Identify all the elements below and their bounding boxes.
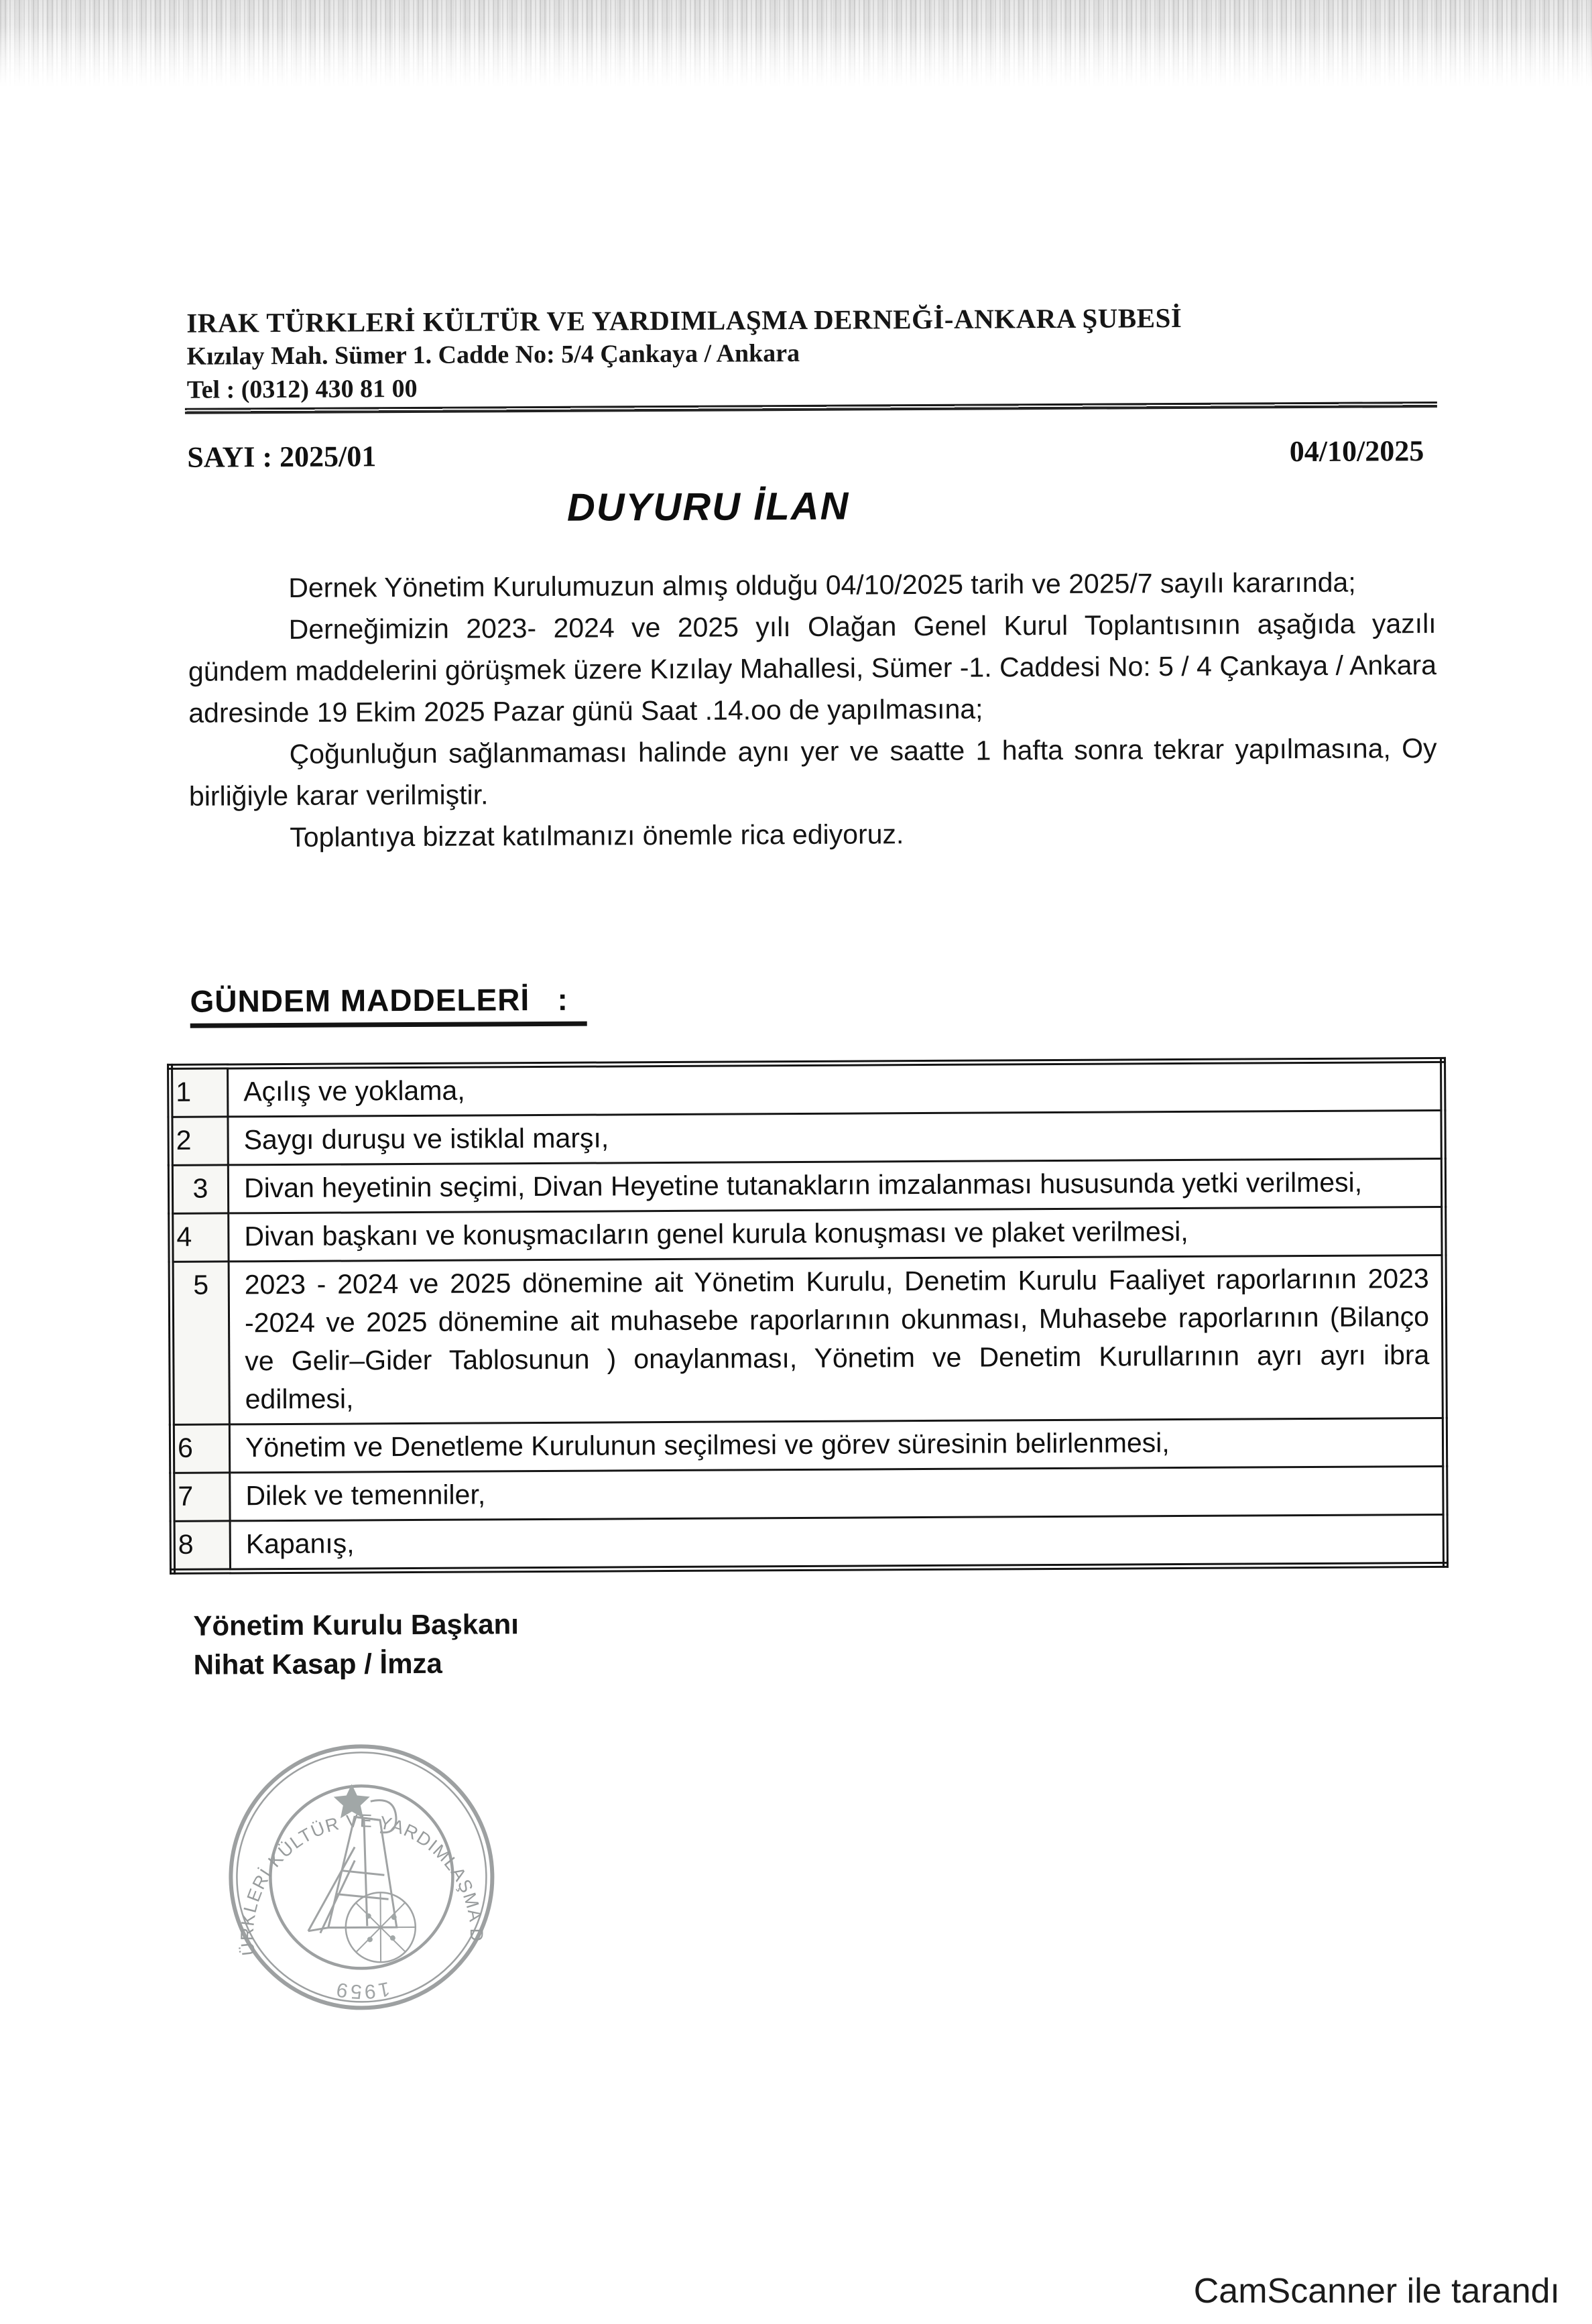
agenda-item-text: Dilek ve temenniler, bbox=[230, 1466, 1445, 1520]
paragraph-quorum: Çoğunluğun sağlanmaması halinde aynı yer… bbox=[188, 727, 1437, 817]
reference-number: SAYI : 2025/01 bbox=[187, 439, 376, 474]
table-row: 3 Divan heyetinin seçimi, Divan Heyetine… bbox=[170, 1158, 1443, 1213]
fan-skirt-lines bbox=[308, 1847, 355, 1933]
paragraph-meeting: Derneğimizin 2023- 2024 ve 2025 yılı Ola… bbox=[188, 603, 1436, 734]
agenda-item-number: 6 bbox=[172, 1424, 229, 1473]
table-row: 8 Kapanış, bbox=[172, 1514, 1445, 1571]
agenda-item-number: 2 bbox=[170, 1117, 228, 1165]
agenda-item-text: Divan başkanı ve konuşmacıların genel ku… bbox=[229, 1207, 1444, 1261]
document-content: IRAK TÜRKLERİ KÜLTÜR VE YARDIMLAŞMA DERN… bbox=[0, 0, 1592, 2324]
reference-row: SAYI : 2025/01 04/10/2025 bbox=[187, 434, 1424, 475]
agenda-item-number: 3 bbox=[170, 1165, 228, 1213]
agenda-item-number: 7 bbox=[172, 1473, 230, 1521]
signature-block: Yönetim Kurulu Başkanı Nihat Kasap / İmz… bbox=[193, 1605, 519, 1685]
agenda-item-text: Saygı duruşu ve istiklal marşı, bbox=[228, 1110, 1443, 1164]
signature-title: Yönetim Kurulu Başkanı bbox=[193, 1605, 519, 1646]
document-title: DUYURU İLAN bbox=[0, 481, 1419, 533]
camscanner-watermark: CamScanner ile tarandı bbox=[1194, 2271, 1560, 2311]
body-text: Dernek Yönetim Kurulumuzun almış olduğu … bbox=[188, 561, 1437, 859]
wheel-shape bbox=[346, 1892, 416, 1963]
stamp-year-text: 1959 bbox=[332, 1977, 391, 2003]
agenda-item-text: Divan heyetinin seçimi, Divan Heyetine t… bbox=[228, 1158, 1443, 1213]
table-row: 1 Açılış ve yoklama, bbox=[170, 1060, 1443, 1117]
agenda-table: 1 Açılış ve yoklama, 2 Saygı duruşu ve i… bbox=[167, 1057, 1449, 1575]
organization-phone: Tel : (0312) 430 81 00 bbox=[187, 367, 1435, 407]
table-row: 2 Saygı duruşu ve istiklal marşı, bbox=[170, 1110, 1443, 1165]
letterhead: IRAK TÜRKLERİ KÜLTÜR VE YARDIMLAŞMA DERN… bbox=[186, 300, 1435, 407]
agenda-item-text: 2023 - 2024 ve 2025 dönemine ait Yönetim… bbox=[229, 1255, 1445, 1424]
signature-name: Nihat Kasap / İmza bbox=[194, 1644, 519, 1685]
agenda-heading: GÜNDEM MADDELERİ : bbox=[190, 981, 587, 1028]
table-row: 7 Dilek ve temenniler, bbox=[172, 1466, 1445, 1521]
scanned-document-page: IRAK TÜRKLERİ KÜLTÜR VE YARDIMLAŞMA DERN… bbox=[0, 0, 1592, 2324]
agenda-item-number: 5 bbox=[171, 1262, 229, 1424]
agenda-item-text: Yönetim ve Denetleme Kurulunun seçilmesi… bbox=[229, 1418, 1445, 1472]
stamp-emblem bbox=[308, 1784, 416, 1963]
agenda-item-number: 8 bbox=[172, 1521, 230, 1571]
table-row: 5 2023 - 2024 ve 2025 dönemine ait Yönet… bbox=[171, 1255, 1445, 1424]
agenda-item-text: Açılış ve yoklama, bbox=[228, 1060, 1443, 1116]
agenda-item-text: Kapanış, bbox=[230, 1514, 1445, 1571]
agenda-item-number: 1 bbox=[170, 1066, 228, 1117]
association-stamp-seal: IRAK TÜRKLERİ KÜLTÜR VE YARDIMLAŞMA DERN… bbox=[220, 1725, 503, 2028]
table-row: 4 Divan başkanı ve konuşmacıların genel … bbox=[171, 1207, 1444, 1262]
paragraph-decision: Dernek Yönetim Kurulumuzun almış olduğu … bbox=[188, 561, 1436, 609]
paragraph-attendance: Toplantıya bizzat katılmanızı önemle ric… bbox=[189, 810, 1437, 859]
agenda-item-number: 4 bbox=[171, 1213, 229, 1262]
document-date: 04/10/2025 bbox=[1290, 434, 1424, 469]
table-row: 6 Yönetim ve Denetleme Kurulunun seçilme… bbox=[172, 1418, 1445, 1473]
